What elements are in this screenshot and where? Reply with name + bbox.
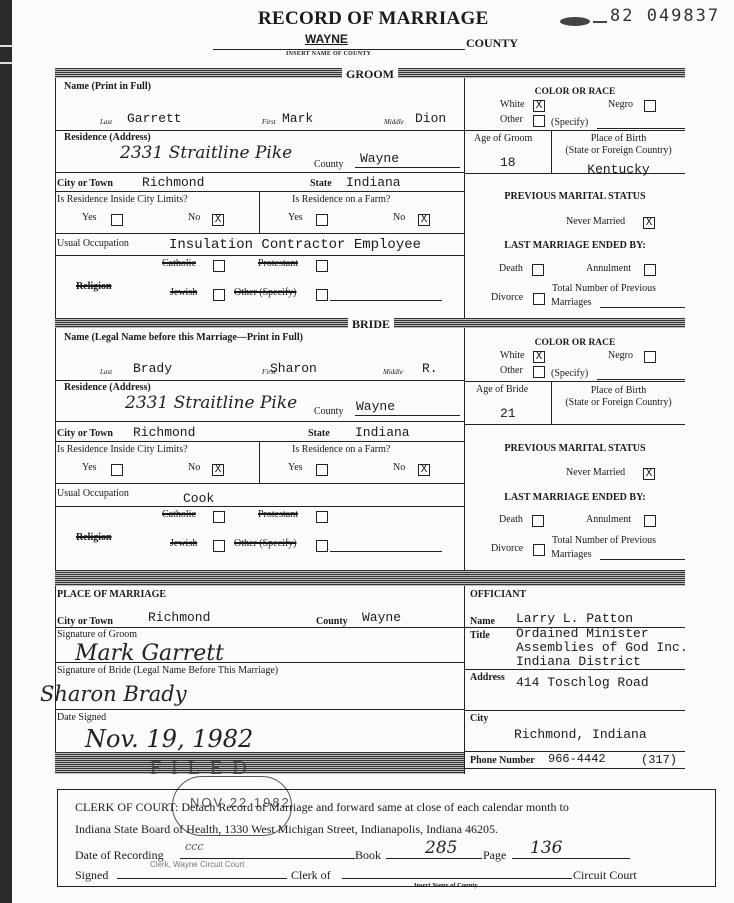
county-rule [355,415,460,416]
place-county[interactable]: Wayne [362,610,401,625]
groom-city-limits-no-checkbox[interactable]: X [212,214,224,226]
county-value: WAYNE [305,32,348,46]
bride-signature-label: Signature of Bride (Legal Name Before Th… [57,665,278,676]
groom-birthplace[interactable]: Kentucky [552,162,685,177]
groom-negro-checkbox[interactable] [644,100,656,112]
officiant-address-label: Address [470,672,505,683]
groom-other-race-checkbox[interactable] [533,115,545,127]
groom-total-prev-label: Total Number of Previous [552,283,656,294]
bride-name-label: Name (Legal Name before this Marriage—Pr… [64,332,303,343]
bride-death-label: Death [499,514,523,525]
bride-section-label: BRIDE [348,317,394,332]
page-number[interactable]: 136 [530,838,562,858]
row-rule [465,424,685,425]
groom-last-label: Last [100,118,112,126]
place-section-bar [55,570,685,586]
clerk-instruction-1: CLERK OF COURT: Detach Record of Marriag… [75,800,569,815]
groom-religion-protestant: Protestant [258,258,298,269]
bride-residence[interactable]: 2331 Straitline Pike [125,393,297,413]
clerk-of-field[interactable] [342,867,572,879]
groom-religion-other: Other (Specify) [234,287,296,298]
row-rule [55,421,464,422]
clerk-instruction-2: Indiana State Board of Health, 1330 West… [75,822,498,837]
officiant-area-code[interactable]: (317) [641,753,677,767]
bride-last-label: Last [100,368,112,376]
specify-rule [597,128,685,129]
groom-state-label: State [310,178,332,189]
groom-name-label: Name (Print in Full) [64,81,151,92]
bride-religion-other-checkbox[interactable] [316,540,328,552]
bride-religion-jewish-checkbox[interactable] [213,540,225,552]
bride-religion-jewish: Jewish [170,538,197,549]
groom-religion-catholic: Catholic [162,258,196,269]
clerk-stamp: Clerk, Wayne Circuit Court [150,860,244,869]
bride-farm-yes-label: Yes [288,462,303,473]
specify-rule [330,300,442,301]
groom-death-checkbox[interactable] [532,264,544,276]
bride-signature[interactable]: Sharon Brady [40,682,187,706]
row-rule [465,173,685,174]
bride-religion-label: Religion [76,532,112,543]
bride-farm-no-checkbox[interactable]: X [418,464,430,476]
officiant-phone[interactable]: 966-4442 [548,752,606,766]
bride-age[interactable]: 21 [500,406,516,421]
groom-never-married-label: Never Married [566,216,625,227]
bride-farm-label: Is Residence on a Farm? [292,444,390,455]
book-label: Book [355,848,381,863]
groom-age-label: Age of Groom [474,133,532,144]
row-rule [465,130,685,131]
groom-first-label: First [262,118,276,126]
bride-annulment-label: Annulment [586,514,631,525]
groom-white-label: White [500,99,524,110]
bride-middle-name[interactable]: R. [422,361,438,376]
groom-middle-name[interactable]: Dion [415,111,446,126]
row-rule [55,130,464,131]
groom-divorce-checkbox[interactable] [533,293,545,305]
groom-marriages-label: Marriages [551,297,592,308]
circuit-court-label: Circuit Court [573,868,637,883]
groom-ended-label: LAST MARRIAGE ENDED BY: [465,240,685,251]
bride-city-limits-label: Is Residence Inside City Limits? [57,444,188,455]
county-label: COUNTY [466,36,518,51]
bride-city-limits-no-label: No [188,462,200,473]
groom-city-limits-label: Is Residence Inside City Limits? [57,194,188,205]
groom-annulment-label: Annulment [586,263,631,274]
row-rule [55,172,464,173]
groom-county[interactable]: Wayne [360,151,399,166]
bride-other-race-checkbox[interactable] [533,366,545,378]
bride-religion-protestant-checkbox[interactable] [316,511,328,523]
officiant-name[interactable]: Larry L. Patton [516,611,633,626]
bride-religion-other: Other (Specify) [234,538,296,549]
bride-death-checkbox[interactable] [532,515,544,527]
groom-birthplace-hint: (State or Foreign Country) [552,145,685,156]
bride-city[interactable]: Richmond [133,425,195,440]
place-city-label: City or Town [57,616,113,627]
bride-white-label: White [500,350,524,361]
groom-residence[interactable]: 2331 Straitline Pike [120,143,292,163]
groom-farm-label: Is Residence on a Farm? [292,194,390,205]
row-rule [55,233,464,234]
bride-county-label: County [314,406,343,417]
groom-section-label: GROOM [342,67,398,82]
groom-other-race-label: Other [500,114,523,125]
officiant-title-line-2[interactable]: Assemblies of God Inc. [516,640,688,655]
row-rule [55,662,464,663]
groom-city-limits-yes-label: Yes [82,212,97,223]
county-hint: INSERT NAME OF COUNTY [286,51,371,57]
cell-divider [259,441,260,483]
bride-other-race-label: Other [500,365,523,376]
scan-edge-mark [0,62,12,64]
groom-religion-other-checkbox[interactable] [316,289,328,301]
bride-farm-yes-checkbox[interactable] [316,464,328,476]
groom-city[interactable]: Richmond [142,175,204,190]
bride-birthplace-label: Place of Birth [552,385,685,396]
bride-specify-label: (Specify) [551,368,588,379]
groom-specify-label: (Specify) [551,117,588,128]
groom-occupation[interactable]: Insulation Contractor Employee [169,237,421,253]
groom-divorce-label: Divorce [491,292,523,303]
bride-negro-checkbox[interactable] [644,351,656,363]
bride-first-name[interactable]: Sharon [270,361,317,376]
bride-divorce-label: Divorce [491,543,523,554]
scan-edge-mark [0,45,12,47]
officiant-address[interactable]: 414 Toschlog Road [516,675,649,690]
row-rule [465,768,685,769]
marriages-rule [600,307,685,308]
row-rule [55,709,464,710]
row-rule [465,669,685,670]
recording-date-field[interactable] [180,847,355,859]
groom-last-name[interactable]: Garrett [127,111,182,126]
officiant-title-label: Title [470,630,490,641]
bride-negro-label: Negro [608,350,633,361]
date-signed[interactable]: Nov. 19, 1982 [85,725,253,753]
groom-farm-yes-checkbox[interactable] [316,214,328,226]
bride-white-checkbox[interactable]: X [533,351,545,363]
seal-icon [560,17,590,26]
date-signed-label: Date Signed [57,712,106,723]
marriages-rule [600,559,685,560]
bride-ended-label: LAST MARRIAGE ENDED BY: [465,492,685,503]
document-title: RECORD OF MARRIAGE [258,8,489,30]
bride-religion-catholic: Catholic [162,509,196,520]
bride-total-prev-label: Total Number of Previous [552,535,656,546]
place-city[interactable]: Richmond [148,610,210,625]
groom-residence-label: Residence (Address) [64,132,151,143]
groom-farm-no-label: No [393,212,405,223]
groom-state[interactable]: Indiana [346,175,401,190]
county-rule [355,167,460,168]
bride-birthplace-hint: (State or Foreign Country) [552,397,685,408]
groom-annulment-checkbox[interactable] [644,264,656,276]
bride-city-limits-yes-label: Yes [82,462,97,473]
bride-annulment-checkbox[interactable] [644,515,656,527]
officiant-title-line-1[interactable]: Ordained Minister [516,626,649,641]
groom-farm-no-checkbox[interactable]: X [418,214,430,226]
groom-birthplace-label: Place of Birth [552,133,685,144]
bride-city-limits-no-checkbox[interactable]: X [212,464,224,476]
bride-marriages-label: Marriages [551,549,592,560]
row-rule [55,506,464,507]
row-rule [55,255,464,256]
groom-farm-yes-label: Yes [288,212,303,223]
officiant-city[interactable]: Richmond, Indiana [514,727,647,742]
seal-dash [593,21,607,23]
row-rule [55,483,464,484]
bride-state-label: State [308,428,330,439]
clerk-of-hint: Insert Name of County [414,882,478,889]
bride-residence-label: Residence (Address) [64,382,151,393]
groom-religion-label: Religion [76,281,112,292]
officiant-city-label: City [470,713,488,724]
row-rule [465,710,685,711]
bride-occupation[interactable]: Cook [183,491,214,506]
groom-age[interactable]: 18 [500,155,516,170]
bride-middle-label: Middle [383,368,403,376]
groom-city-limits-no-label: No [188,212,200,223]
officiant-name-label: Name [470,616,495,627]
bride-state[interactable]: Indiana [355,425,410,440]
groom-religion-jewish: Jewish [170,287,197,298]
groom-never-married-checkbox[interactable]: X [643,217,655,229]
cell-divider [259,191,260,233]
clerk-of-label: Clerk of [291,868,331,883]
groom-marital-label: PREVIOUS MARITAL STATUS [465,191,685,202]
groom-city-limits-yes-checkbox[interactable] [111,214,123,226]
row-rule [55,627,464,628]
bride-occupation-label: Usual Occupation [57,488,129,499]
groom-city-label: City or Town [57,178,113,189]
specify-rule [330,551,442,552]
bride-religion-protestant: Protestant [258,509,298,520]
groom-death-label: Death [499,263,523,274]
bride-city-limits-yes-checkbox[interactable] [111,464,123,476]
row-rule [55,380,464,381]
bride-religion-catholic-checkbox[interactable] [213,511,225,523]
groom-signature-label: Signature of Groom [57,629,137,640]
bride-farm-no-label: No [393,462,405,473]
signed-label: Signed [75,868,108,883]
bride-race-label: COLOR OR RACE [465,338,685,348]
bride-divorce-checkbox[interactable] [533,544,545,556]
bride-last-name[interactable]: Brady [133,361,172,376]
row-rule [465,381,685,382]
recording-signature: ccc [185,840,203,853]
bride-county[interactable]: Wayne [356,399,395,414]
scan-edge [0,0,12,903]
officiant-title-line-3[interactable]: Indiana District [516,654,641,669]
bride-never-married-label: Never Married [566,467,625,478]
groom-negro-label: Negro [608,99,633,110]
groom-middle-label: Middle [384,118,404,126]
officiant-phone-label: Phone Number [470,755,535,766]
bride-never-married-checkbox[interactable]: X [643,468,655,480]
bride-marital-label: PREVIOUS MARITAL STATUS [465,443,685,454]
place-section-label: PLACE OF MARRIAGE [57,589,166,600]
specify-rule [597,379,685,380]
bride-age-label: Age of Bride [476,384,528,395]
bride-city-label: City or Town [57,428,113,439]
place-county-label: County [316,616,348,627]
book-number[interactable]: 285 [425,838,457,858]
officiant-section-label: OFFICIANT [470,589,526,600]
groom-religion-jewish-checkbox[interactable] [213,289,225,301]
groom-first-name[interactable]: Mark [282,111,313,126]
groom-occupation-label: Usual Occupation [57,238,129,249]
groom-white-checkbox[interactable]: X [533,100,545,112]
groom-religion-catholic-checkbox[interactable] [213,260,225,272]
groom-religion-protestant-checkbox[interactable] [316,260,328,272]
certificate-number: 82 049837 [610,6,720,26]
groom-county-label: County [314,159,343,170]
footer-section-bar [55,752,464,774]
page-label: Page [483,848,506,863]
groom-race-label: COLOR OR RACE [465,87,685,97]
